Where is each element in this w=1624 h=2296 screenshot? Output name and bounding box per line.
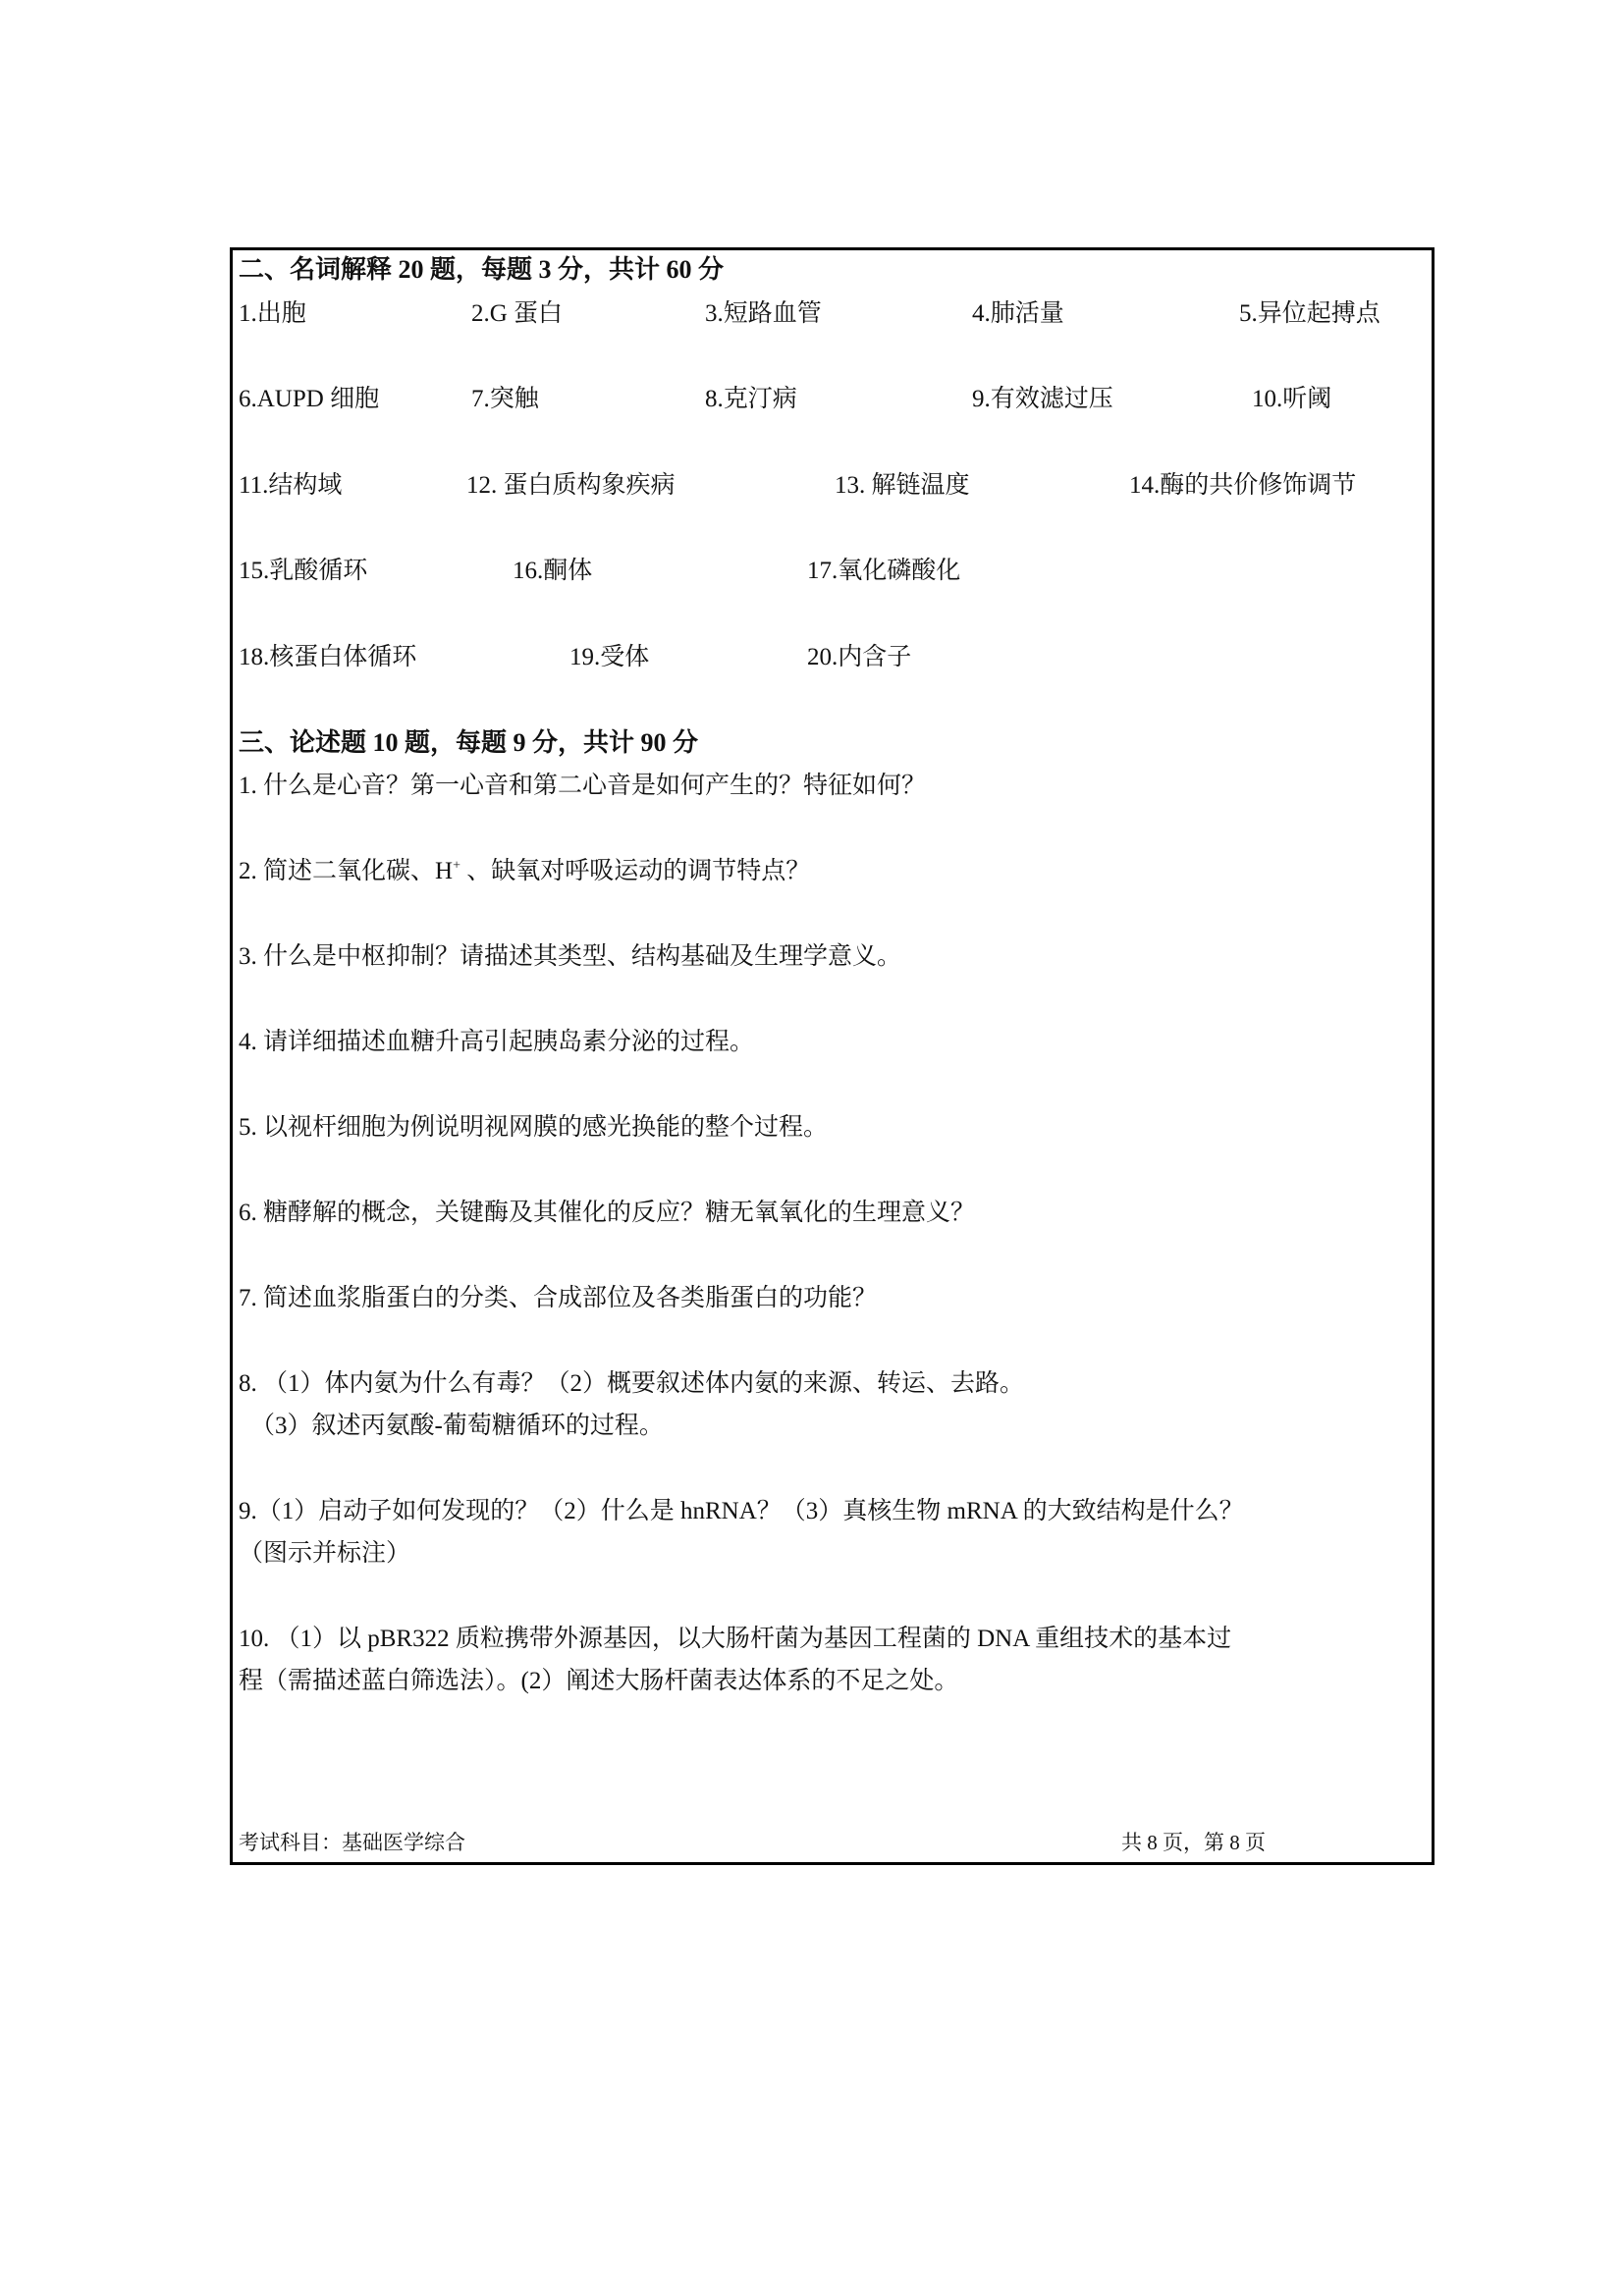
term-item: 9.有效滤过压 (972, 385, 1113, 414)
question-9-note: （图示并标注） (239, 1539, 410, 1569)
question-2-rest: 、缺氧对呼吸运动的调节特点？ (460, 858, 810, 884)
term-item: 7.突触 (471, 385, 539, 414)
term-item: 16.酮体 (513, 557, 592, 586)
term-item: 17.氧化磷酸化 (807, 557, 960, 586)
term-item: 2.G 蛋白 (471, 299, 563, 329)
term-item: 6.AUPD 细胞 (239, 385, 379, 414)
term-item: 4.肺活量 (972, 299, 1064, 329)
question-5: 5. 以视杆细胞为例说明视网膜的感光换能的整个过程。 (239, 1113, 828, 1143)
superscript-plus: + (453, 859, 460, 874)
term-item: 12. 蛋白质构象疾病 (466, 471, 676, 501)
term-item: 13. 解链温度 (835, 471, 970, 501)
question-7: 7. 简述血浆脂蛋白的分类、合成部位及各类脂蛋白的功能？ (239, 1284, 877, 1313)
question-4: 4. 请详细描述血糖升高引起胰岛素分泌的过程。 (239, 1028, 754, 1057)
term-item: 8.克汀病 (705, 385, 797, 414)
term-item: 19.受体 (569, 643, 649, 672)
exam-subject: 考试科目：基础医学综合 (239, 1828, 465, 1857)
term-item: 10.听阈 (1252, 385, 1331, 414)
term-item: 18.核蛋白体循环 (239, 643, 416, 672)
question-10: 10. （1）以 pBR322 质粒携带外源基因，以大肠杆菌为基因工程菌的 DN… (239, 1625, 1231, 1654)
question-9: 9.（1）启动子如何发现的？（2）什么是 hnRNA？（3）真核生物 mRNA … (239, 1497, 1244, 1526)
term-item: 1.出胞 (239, 299, 306, 329)
term-item: 3.短路血管 (705, 299, 822, 329)
question-6: 6. 糖酵解的概念，关键酶及其催化的反应？糖无氧氧化的生理意义？ (239, 1199, 975, 1228)
question-3: 3. 什么是中枢抑制？请描述其类型、结构基础及生理学意义。 (239, 942, 901, 972)
question-8-part3: （3）叙述丙氨酸-葡萄糖循环的过程。 (250, 1412, 664, 1441)
term-item: 15.乳酸循环 (239, 557, 367, 586)
question-2: 2. 简述二氧化碳、H+ 、缺氧对呼吸运动的调节特点？ (239, 857, 810, 886)
term-item: 11.结构域 (239, 471, 342, 501)
page-indicator: 共 8 页，第 8 页 (1121, 1828, 1266, 1857)
question-10-cont: 程（需描述蓝白筛选法）。(2）阐述大肠杆菌表达体系的不足之处。 (239, 1667, 958, 1696)
question-2-text: 2. 简述二氧化碳、H (239, 858, 453, 884)
question-1: 1. 什么是心音？第一心音和第二心音是如何产生的？特征如何？ (239, 772, 926, 801)
term-item: 20.内含子 (807, 643, 911, 672)
question-8: 8. （1）体内氨为什么有毒？（2）概要叙述体内氨的来源、转运、去路。 (239, 1369, 1024, 1399)
term-item: 5.异位起搏点 (1239, 299, 1380, 329)
section3-heading: 三、论述题 10 题，每题 9 分，共计 90 分 (239, 728, 698, 758)
section2-heading: 二、名词解释 20 题，每题 3 分，共计 60 分 (239, 255, 724, 285)
term-item: 14.酶的共价修饰调节 (1129, 471, 1356, 501)
